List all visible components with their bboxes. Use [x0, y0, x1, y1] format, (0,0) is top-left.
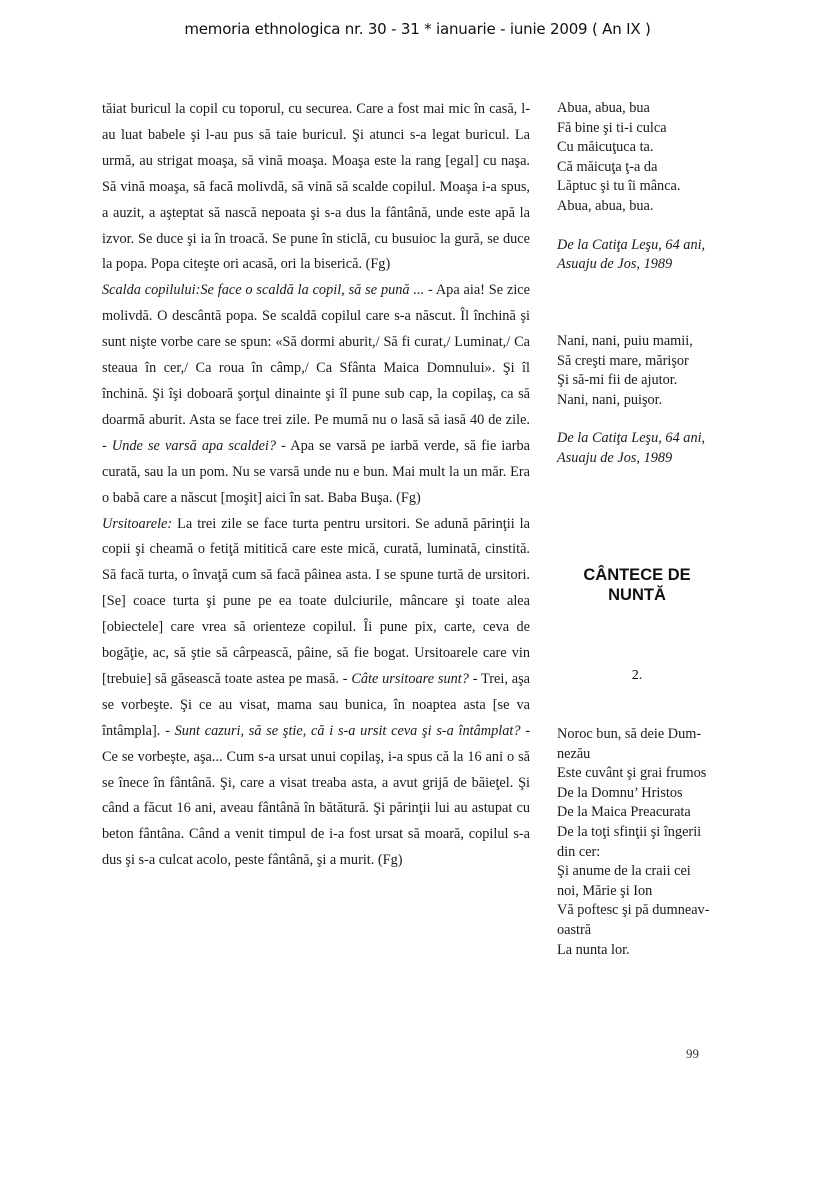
poem-line: Fă bine şi ti-i culca	[557, 119, 737, 139]
text-segment: La trei zile se face turta pentru ursito…	[102, 516, 530, 687]
poem-line: De la Domnu’ Hristos	[557, 784, 737, 804]
credit-line: De la Catiţa Leşu, 64 ani,	[557, 429, 737, 449]
credit-line: Asuaju de Jos, 1989	[557, 449, 737, 469]
poem-line: Să creşti mare, mărişor	[557, 352, 737, 372]
poem-line: din cer:	[557, 843, 737, 863]
poem-credit: De la Catiţa Leşu, 64 ani, Asuaju de Jos…	[557, 236, 737, 275]
poem-line: Şi să-mi fii de ajutor.	[557, 371, 737, 391]
paragraph-scalda-copilului: Scalda copilului:Se face o scaldă la cop…	[102, 278, 530, 511]
paragraph-umbilical: tăiat buricul la copil cu toporul, cu se…	[102, 97, 530, 278]
poem-line: Şi anume de la craii cei	[557, 862, 737, 882]
poem-line: Vă poftesc şi pă dumneav-	[557, 901, 737, 921]
poem-line: nezău	[557, 745, 737, 765]
poem-line: Nani, nani, puişor.	[557, 391, 737, 411]
journal-header: memoria ethnologica nr. 30 - 31 * ianuar…	[0, 20, 835, 38]
credit-line: De la Catiţa Leşu, 64 ani,	[557, 236, 737, 256]
interview-question: Câte ursitoare sunt?	[351, 671, 469, 687]
section-heading: CÂNTECE DE NUNTĂ	[557, 565, 717, 605]
section-label-ursitoarele: Ursitoarele:	[102, 516, 172, 532]
section-label-scalda: Scalda copilului:Se face o scaldă la cop…	[102, 282, 424, 298]
interview-question: Unde se varsă apa scaldei?	[112, 438, 276, 454]
poem-line: Cu măicuţuca ta.	[557, 138, 737, 158]
section-number: 2.	[557, 668, 717, 684]
wedding-song: Noroc bun, să deie Dum- nezău Este cuvân…	[557, 725, 737, 960]
lullaby-nani: Nani, nani, puiu mamii, Să creşti mare, …	[557, 332, 737, 469]
poem-line: La nunta lor.	[557, 941, 737, 961]
poem-line: Că măicuţa ţ-a da	[557, 158, 737, 178]
lullaby-abua: Abua, abua, bua Fă bine şi ti-i culca Cu…	[557, 99, 737, 275]
poem-line: Este cuvânt şi grai frumos	[557, 764, 737, 784]
poem-line: Abua, abua, bua	[557, 99, 737, 119]
poem-line: Lăptuc şi tu îi mânca.	[557, 177, 737, 197]
poem-line: De la toţi sfinţii şi îngerii	[557, 823, 737, 843]
poem-line: Nani, nani, puiu mamii,	[557, 332, 737, 352]
main-text-column: tăiat buricul la copil cu toporul, cu se…	[102, 97, 530, 874]
interview-question: Sunt cazuri, să se ştie, că i s-a ursit …	[175, 723, 521, 739]
poem-credit: De la Catiţa Leşu, 64 ani, Asuaju de Jos…	[557, 429, 737, 468]
text-segment: - Ce se vorbeşte, aşa... Cum s-a ursat u…	[102, 723, 530, 869]
text-segment: tăiat buricul la copil cu toporul, cu se…	[102, 101, 530, 272]
paragraph-ursitoarele: Ursitoarele: La trei zile se face turta …	[102, 512, 530, 875]
poem-line: De la Maica Preacurata	[557, 803, 737, 823]
text-segment: - Apa aia! Se zice molivdă. O descântă p…	[102, 282, 530, 453]
page-number: 99	[686, 1046, 699, 1062]
poem-line: Noroc bun, să deie Dum-	[557, 725, 737, 745]
credit-line: Asuaju de Jos, 1989	[557, 255, 737, 275]
poem-line: oastră	[557, 921, 737, 941]
poem-line: noi, Mărie şi Ion	[557, 882, 737, 902]
poem-line: Abua, abua, bua.	[557, 197, 737, 217]
